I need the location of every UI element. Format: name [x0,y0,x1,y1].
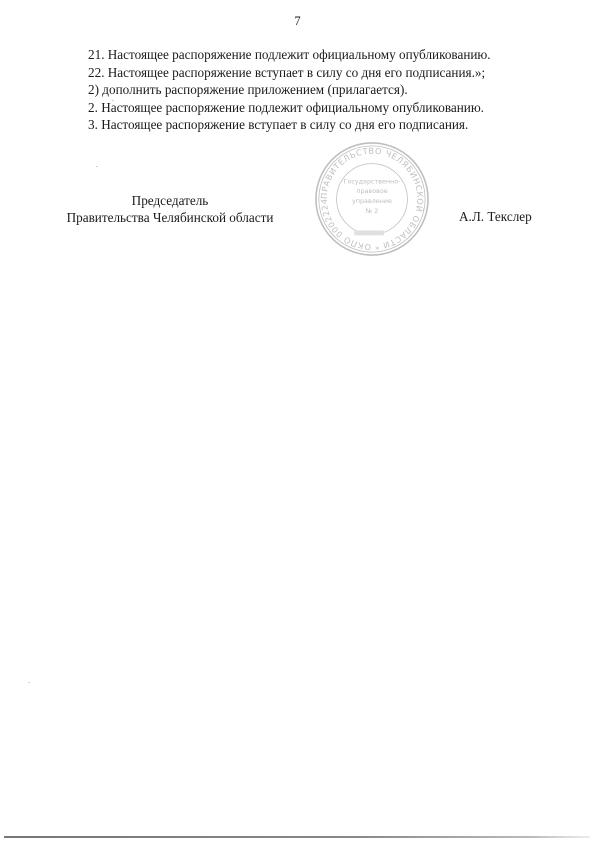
scan-speck [96,166,98,167]
body-line: 22. Настоящее распоряжение вступает в си… [88,64,548,82]
body-line: 2) дополнить распоряжение приложением (п… [88,81,548,99]
stamp-center-line: правовое [356,187,387,195]
official-seal-stamp: ПРАВИТЕЛЬСТВО ЧЕЛЯБИНСКОЙ ОБЛАСТИ * ОКПО… [313,140,431,258]
signatory-position-line: Правительства Челябинской области [60,209,280,226]
signatory-position-line: Председатель [60,192,280,209]
scan-edge-line [4,836,590,838]
body-line: 3. Настоящее распоряжение вступает в сил… [88,116,548,134]
stamp-center-line: № 2 [365,207,379,215]
signatory-name: А.Л. Текслер [459,209,532,225]
document-body: 21. Настоящее распоряжение подлежит офиц… [88,46,548,134]
stamp-center-line: Государственно- [344,177,401,185]
scan-speck [112,100,114,101]
stamp-center-line: управление [352,197,392,205]
scan-speck [28,682,30,683]
signatory-position: Председатель Правительства Челябинской о… [60,192,280,226]
body-line: 21. Настоящее распоряжение подлежит офиц… [88,46,548,64]
body-line: 2. Настоящее распоряжение подлежит офици… [88,99,548,117]
page-number: 7 [0,14,595,29]
